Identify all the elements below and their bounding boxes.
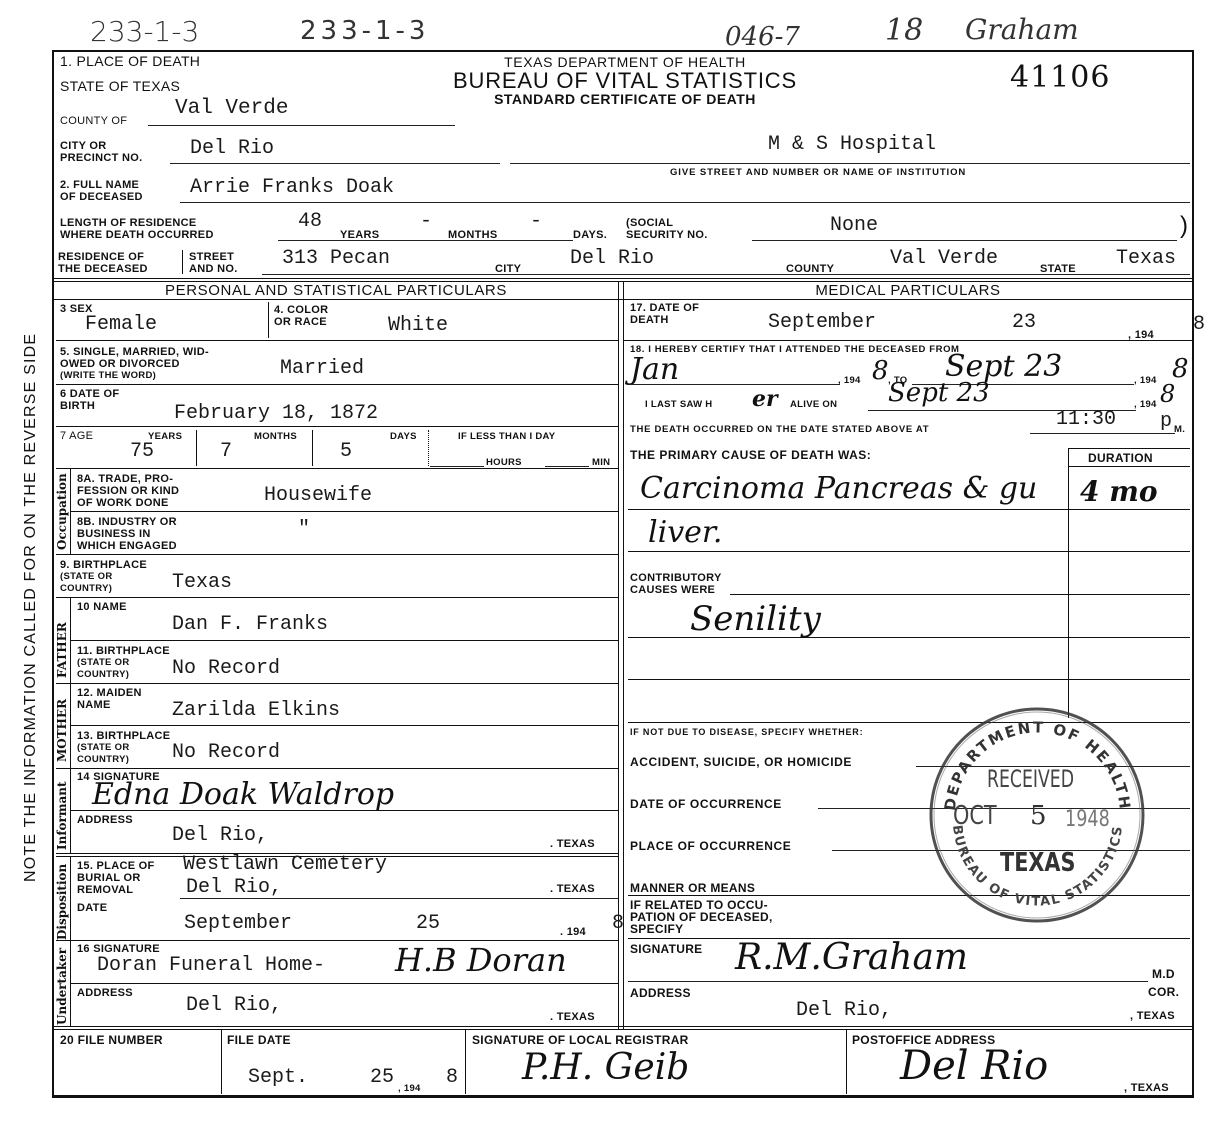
res-city-value: Del Rio bbox=[570, 249, 654, 269]
age-years-value: 75 bbox=[130, 442, 154, 462]
footer-col-divider bbox=[221, 1030, 222, 1094]
cause-line bbox=[628, 637, 1190, 638]
disposition-side-label: Disposition bbox=[55, 864, 69, 940]
marital-label: 5. SINGLE, MARRIED, WID- OWED OR DIVORCE… bbox=[60, 346, 209, 382]
duration-divider bbox=[1068, 448, 1069, 718]
burial-label: 15. PLACE OF BURIAL OR REMOVAL bbox=[77, 860, 155, 896]
ssn-underline bbox=[752, 240, 1177, 241]
race-label: 4. COLOR OR RACE bbox=[274, 304, 328, 328]
burial-place-value: Westlawn Cemetery bbox=[183, 855, 387, 875]
annotation-file-code-2: 233-1-3 bbox=[300, 18, 429, 44]
age-label: 7 AGE bbox=[60, 431, 93, 442]
file-date-month: Sept. bbox=[248, 1068, 308, 1088]
mother-birthplace-label: 13. BIRTHPLACE (STATE OR COUNTRY) bbox=[77, 730, 170, 766]
cause-line bbox=[628, 509, 1190, 510]
hours-underline bbox=[430, 466, 484, 467]
certify-label: 18. I HEREBY CERTIFY THAT I ATTENDED THE… bbox=[630, 345, 960, 355]
dod-day-value: 23 bbox=[1012, 313, 1036, 333]
institution-value: M & S Hospital bbox=[768, 135, 936, 155]
row-line bbox=[56, 426, 618, 427]
annotation-file-code-1: 233-1-3 bbox=[90, 18, 199, 46]
county-value: Val Verde bbox=[175, 98, 288, 119]
row-line bbox=[624, 340, 1192, 341]
physician-signature: R.M.Graham bbox=[735, 940, 968, 976]
occupation-side-label: Occupation bbox=[55, 473, 69, 550]
street-value: 313 Pecan bbox=[282, 249, 390, 269]
undertaker-address-label: ADDRESS bbox=[77, 988, 133, 999]
ampm-value: p bbox=[1160, 412, 1172, 432]
form-header: TEXAS DEPARTMENT OF HEALTH BUREAU OF VIT… bbox=[400, 54, 850, 106]
father-name-value: Dan F. Franks bbox=[172, 615, 328, 635]
row-line bbox=[56, 683, 618, 684]
to-year-value: 8 bbox=[1172, 356, 1189, 382]
residence-days: - bbox=[530, 212, 542, 232]
burial-year-digit: 8 bbox=[612, 914, 624, 934]
file-date-day: 25 bbox=[370, 1068, 394, 1088]
not-disease-label: IF NOT DUE TO DISEASE, SPECIFY WHETHER: bbox=[630, 728, 863, 737]
age-months-value: 7 bbox=[220, 442, 232, 462]
age-days-label: DAYS bbox=[390, 432, 417, 442]
age-days-value: 5 bbox=[340, 442, 352, 462]
residence-length-label: LENGTH OF RESIDENCE WHERE DEATH OCCURRED bbox=[60, 217, 214, 241]
contributory-cause-value: Senility bbox=[690, 602, 821, 636]
residence-divider bbox=[182, 250, 183, 274]
city-precinct-label: CITY OR PRECINCT NO. bbox=[60, 140, 142, 164]
hours-label: HOURS bbox=[486, 458, 522, 468]
age-divider bbox=[312, 430, 313, 466]
age-divider bbox=[196, 430, 197, 466]
duration-head-bottom bbox=[1068, 466, 1190, 467]
stamp-month: OCT bbox=[953, 801, 997, 831]
city-underline bbox=[170, 163, 500, 164]
section-divider-top bbox=[52, 278, 1194, 279]
burial-city-value: Del Rio, bbox=[186, 878, 282, 898]
row-line bbox=[56, 384, 618, 385]
institution-hint: GIVE STREET AND NUMBER OR NAME OF INSTIT… bbox=[670, 168, 966, 178]
age-divider bbox=[428, 430, 429, 466]
row-line bbox=[56, 597, 618, 598]
time-of-death-value: 11:30 bbox=[1056, 410, 1116, 430]
file-date-year-prefix: , 194 bbox=[398, 1084, 421, 1094]
from-year-value: 8 bbox=[872, 358, 889, 384]
days-label: DAYS. bbox=[573, 230, 607, 241]
file-date-year-digit: 8 bbox=[446, 1068, 458, 1088]
bureau-title: BUREAU OF VITAL STATISTICS bbox=[400, 70, 850, 92]
mother-birthplace-value: No Record bbox=[172, 743, 280, 763]
stamp-day: 5 bbox=[1030, 801, 1047, 831]
file-date-label: FILE DATE bbox=[227, 1034, 291, 1046]
stamp-state: TEXAS bbox=[1000, 848, 1076, 878]
undertaker-texas-label: . TEXAS bbox=[550, 1012, 595, 1023]
footer-divider-2 bbox=[52, 1029, 1194, 1030]
md-label: M.D bbox=[1152, 968, 1175, 980]
industry-label: 8B. INDUSTRY OR BUSINESS IN WHICH ENGAGE… bbox=[77, 516, 177, 552]
undertaker-side-label: Undertaker bbox=[55, 948, 69, 1025]
street-label: STREET AND NO. bbox=[189, 251, 238, 275]
occupation-related-label: IF RELATED TO OCCU- PATION OF DECEASED, … bbox=[630, 899, 773, 935]
cause-line bbox=[628, 551, 1190, 552]
primary-cause-label: THE PRIMARY CAUSE OF DEATH WAS: bbox=[630, 449, 871, 461]
mother-name-label: 12. MAIDEN NAME bbox=[77, 687, 142, 711]
race-value: White bbox=[388, 316, 448, 336]
row-line bbox=[70, 983, 618, 984]
burial-year-prefix: . 194 bbox=[560, 927, 586, 938]
physician-address-label: ADDRESS bbox=[630, 987, 691, 999]
cor-label: COR. bbox=[1148, 986, 1179, 998]
residence-years: 48 bbox=[298, 212, 322, 232]
place-occurrence-label: PLACE OF OCCURRENCE bbox=[630, 840, 791, 852]
last-saw-year: 8 bbox=[1160, 382, 1175, 406]
sex-value: Female bbox=[85, 315, 157, 335]
cause-line bbox=[628, 679, 1190, 680]
manner-label: MANNER OR MEANS bbox=[630, 882, 755, 894]
form-title: STANDARD CERTIFICATE OF DEATH bbox=[400, 92, 850, 106]
county-of-label: COUNTY OF bbox=[60, 116, 127, 127]
name-underline bbox=[180, 202, 1190, 203]
father-birthplace-label: 11. BIRTHPLACE (STATE OR COUNTRY) bbox=[77, 645, 170, 681]
state-of-texas-label: STATE OF TEXAS bbox=[60, 79, 180, 93]
time-underline bbox=[1030, 433, 1175, 434]
row-line bbox=[56, 768, 618, 769]
footer-col-divider bbox=[846, 1030, 847, 1094]
from-year-prefix: , 194 bbox=[838, 376, 861, 386]
informant-texas-label: . TEXAS bbox=[550, 839, 595, 850]
primary-cause-line-2: liver. bbox=[648, 518, 722, 548]
undertaker-name-value: Doran Funeral Home- bbox=[97, 956, 325, 976]
row-line bbox=[70, 725, 618, 726]
footer-col-divider bbox=[465, 1030, 466, 1094]
stamp-received-text: RECEIVED bbox=[987, 765, 1074, 793]
signature-underline bbox=[628, 981, 1148, 982]
residence-underline-2 bbox=[262, 274, 1190, 275]
burial-date-label: DATE bbox=[77, 903, 107, 914]
row-line bbox=[56, 340, 618, 341]
trade-label: 8A. TRADE, PRO- FESSION OR KIND OF WORK … bbox=[77, 473, 179, 509]
stamp-year: 1948 bbox=[1065, 807, 1110, 832]
primary-cause-line-1: Carcinoma Pancreas & gu bbox=[640, 474, 1037, 504]
dob-value: February 18, 1872 bbox=[174, 404, 378, 424]
res-state-value: Texas bbox=[1116, 249, 1176, 269]
dod-month-value: September bbox=[768, 313, 876, 333]
burial-month-value: September bbox=[184, 914, 292, 934]
row-line bbox=[70, 810, 618, 811]
footer-divider bbox=[52, 1026, 1194, 1027]
informant-side-label: Informant bbox=[55, 781, 69, 850]
row-line bbox=[56, 554, 618, 555]
informant-address-value: Del Rio, bbox=[172, 826, 268, 846]
sex-race-divider bbox=[268, 302, 269, 338]
trade-value: Housewife bbox=[264, 486, 372, 506]
undertaker-address-value: Del Rio, bbox=[186, 996, 282, 1016]
full-name-label: 2. FULL NAME OF DECEASED bbox=[60, 179, 143, 203]
m-label: M. bbox=[1174, 425, 1185, 435]
last-saw-date: Sept 23 bbox=[888, 380, 990, 406]
dod-year-digit: 8 bbox=[1193, 315, 1205, 335]
registrar-label: SIGNATURE OF LOCAL REGISTRAR bbox=[472, 1034, 689, 1046]
duration-top bbox=[1068, 448, 1190, 449]
age-months-label: MONTHS bbox=[254, 432, 297, 442]
ssn-close-paren: ) bbox=[1180, 212, 1188, 240]
county-underline bbox=[148, 125, 455, 126]
alive-on-label: ALIVE ON bbox=[790, 400, 837, 410]
burial-underline bbox=[180, 898, 618, 899]
postoffice-value: Del Rio bbox=[900, 1046, 1048, 1086]
personal-section-title: PERSONAL AND STATISTICAL PARTICULARS bbox=[56, 282, 616, 299]
certificate-number: 41106 bbox=[1010, 60, 1110, 95]
informant-address-label: ADDRESS bbox=[77, 815, 133, 826]
contributory-label: CONTRIBUTORY CAUSES WERE bbox=[630, 572, 722, 596]
physician-address-value: Del Rio, bbox=[796, 1001, 892, 1021]
from-underline bbox=[630, 384, 840, 385]
less-than-day-label: IF LESS THAN I DAY bbox=[458, 432, 555, 442]
institution-underline bbox=[510, 163, 1190, 164]
row-line bbox=[70, 511, 618, 512]
postoffice-texas-label: , TEXAS bbox=[1124, 1083, 1169, 1094]
mother-name-value: Zarilda Elkins bbox=[172, 701, 340, 721]
physician-texas-label: , TEXAS bbox=[1130, 1011, 1175, 1022]
ssn-value: None bbox=[830, 216, 878, 236]
reverse-side-note: NOTE THE INFORMATION CALLED FOR ON THE R… bbox=[22, 333, 40, 882]
to-year-prefix: , 194 bbox=[1134, 376, 1157, 386]
date-of-death-label: 17. DATE OF DEATH bbox=[630, 302, 699, 326]
residence-label: RESIDENCE OF THE DECEASED bbox=[58, 251, 148, 275]
registrar-signature: P.H. Geib bbox=[522, 1050, 689, 1086]
time-of-death-label: THE DEATH OCCURRED ON THE DATE STATED AB… bbox=[630, 425, 929, 435]
annotation-name: Graham bbox=[965, 16, 1079, 44]
received-stamp: DEPARTMENT OF HEALTH BUREAU OF VITAL STA… bbox=[925, 703, 1150, 928]
min-underline bbox=[545, 466, 589, 467]
duration-label: DURATION bbox=[1088, 452, 1153, 464]
last-saw-pronoun: er bbox=[752, 388, 778, 410]
birthplace-value: Texas bbox=[172, 573, 232, 593]
annotation-code-3: 046-7 bbox=[725, 24, 800, 50]
side-divider bbox=[70, 856, 71, 940]
date-occurrence-label: DATE OF OCCURRENCE bbox=[630, 798, 782, 810]
res-county-value: Val Verde bbox=[890, 249, 998, 269]
medical-section-title: MEDICAL PARTICULARS bbox=[628, 282, 1188, 299]
primary-duration-value: 4 mo bbox=[1080, 478, 1158, 506]
undertaker-signature: H.B Doran bbox=[395, 944, 567, 976]
informant-signature: Edna Doak Waldrop bbox=[92, 780, 394, 810]
marital-value: Married bbox=[280, 359, 364, 379]
residence-months: - bbox=[420, 212, 432, 232]
annotation-number: 18 bbox=[885, 16, 923, 46]
accident-label: ACCIDENT, SUICIDE, OR HOMICIDE bbox=[630, 756, 852, 768]
mother-side-label: MOTHER bbox=[55, 699, 69, 762]
father-birthplace-value: No Record bbox=[172, 659, 280, 679]
last-saw-year-prefix: , 194 bbox=[1134, 400, 1157, 410]
row-line bbox=[56, 468, 618, 469]
residence-underline bbox=[278, 240, 573, 241]
dob-label: 6 DATE OF BIRTH bbox=[60, 388, 119, 412]
father-side-label: FATHER bbox=[55, 622, 69, 678]
cause-line bbox=[730, 594, 1190, 595]
burial-texas-label: . TEXAS bbox=[550, 884, 595, 895]
place-of-death-label: 1. PLACE OF DEATH bbox=[60, 54, 200, 68]
side-divider bbox=[70, 683, 71, 769]
birthplace-label: 9. BIRTHPLACE (STATE OR COUNTRY) bbox=[60, 559, 147, 595]
side-divider bbox=[70, 768, 71, 854]
min-label: MIN bbox=[592, 458, 610, 468]
father-name-label: 10 NAME bbox=[77, 602, 127, 613]
last-saw-label: I LAST SAW H bbox=[645, 400, 712, 410]
row-line bbox=[70, 640, 618, 641]
city-value: Del Rio bbox=[190, 139, 274, 159]
signature-label: SIGNATURE bbox=[630, 943, 702, 955]
file-number-label: 20 FILE NUMBER bbox=[60, 1034, 163, 1046]
burial-day-value: 25 bbox=[416, 914, 440, 934]
attended-from-value: Jan bbox=[630, 355, 679, 385]
industry-value: " bbox=[298, 520, 310, 540]
ssn-label: (SOCIAL SECURITY NO. bbox=[626, 217, 708, 241]
full-name-value: Arrie Franks Doak bbox=[190, 178, 394, 198]
